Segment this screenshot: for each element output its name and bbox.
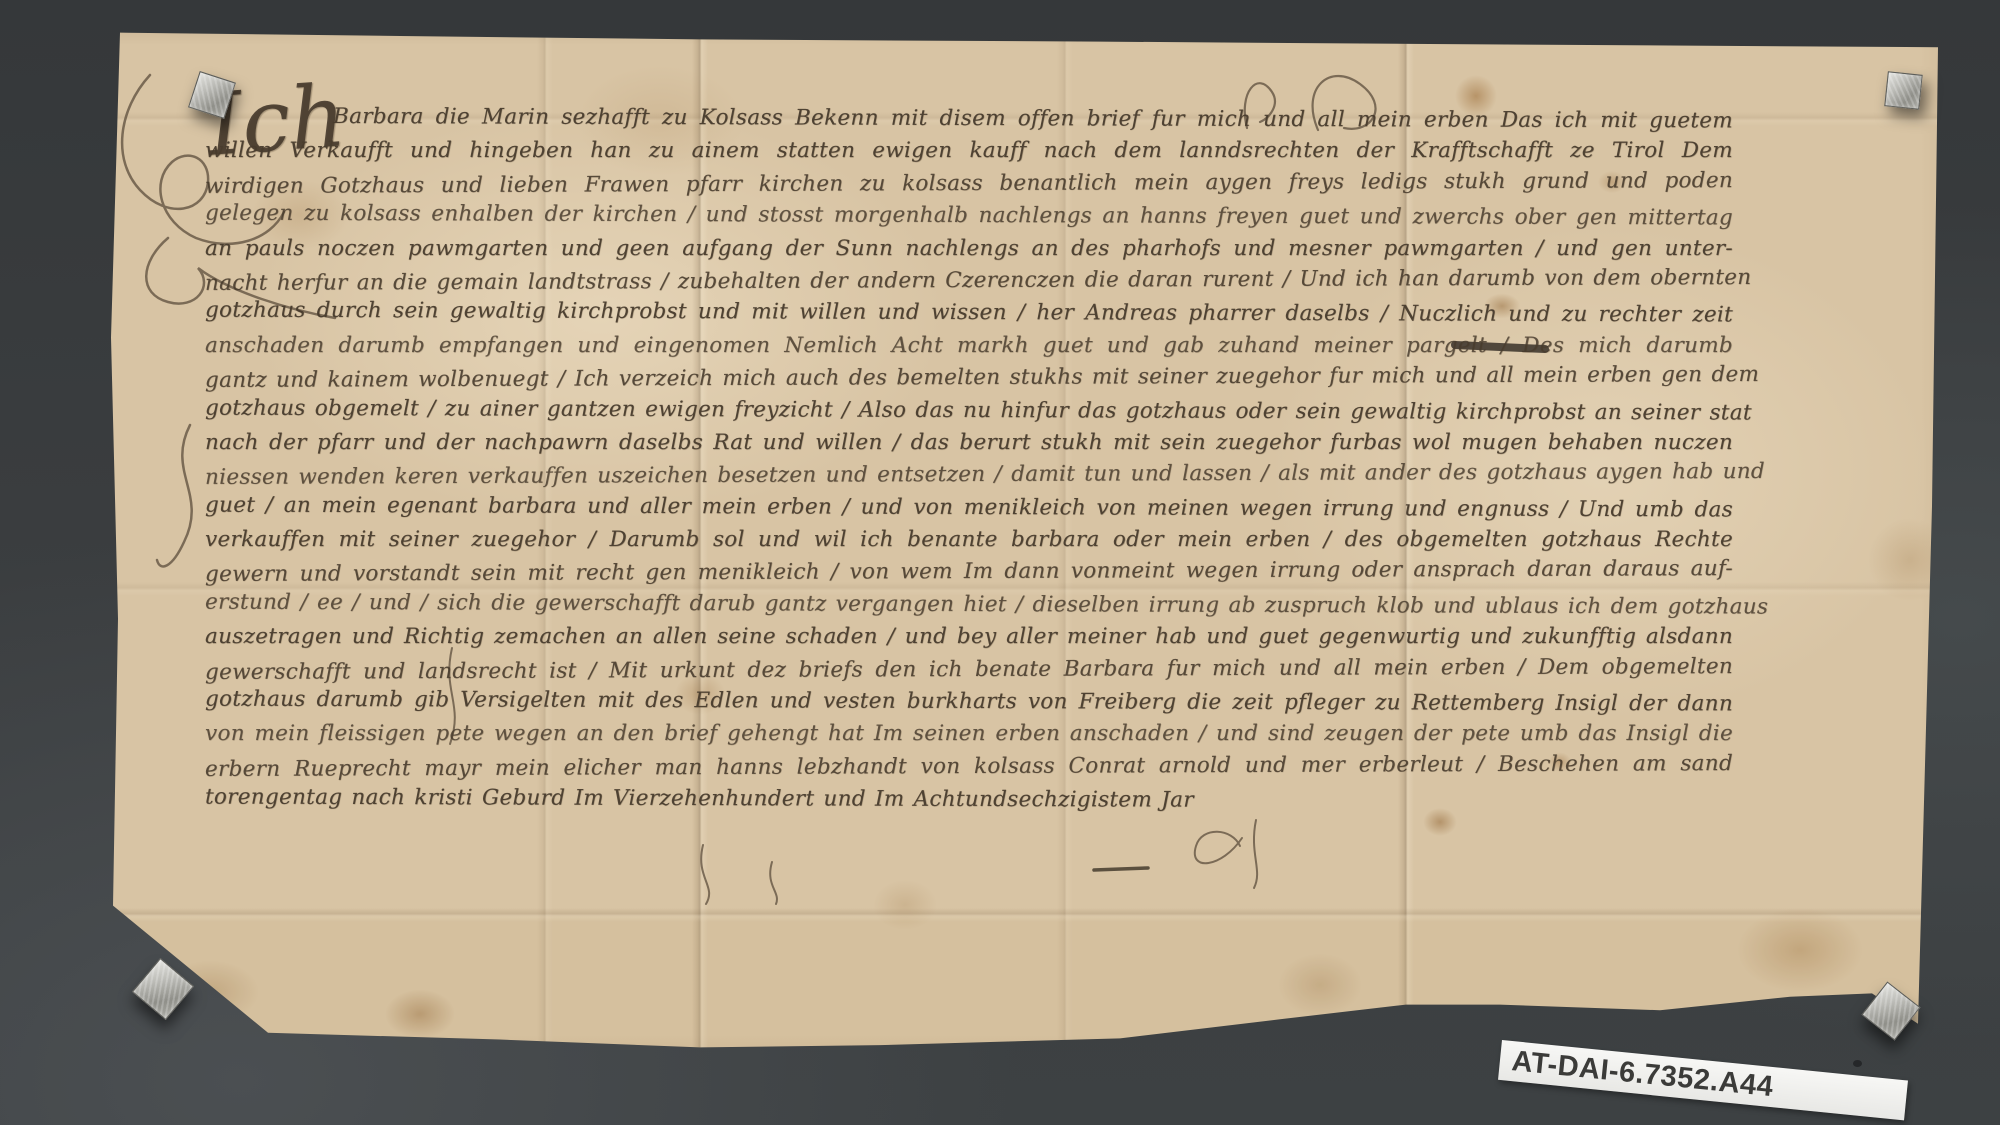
metal-clip-top-right-icon bbox=[1884, 71, 1922, 109]
manuscript-line: gotzhaus durch sein gewaltig kirchprobst… bbox=[205, 298, 1733, 335]
manuscript-line: gewern und vorstandt sein mit recht gen … bbox=[205, 557, 1733, 595]
manuscript-line: erstund / ee / und / sich die gewerschaf… bbox=[205, 589, 1733, 626]
manuscript-line: gelegen zu kolsass enhalben der kirchen … bbox=[205, 201, 1733, 238]
shelfmark-label: AT-DAI-6.7352.A44 bbox=[1498, 1040, 1908, 1120]
shelfmark-text: AT-DAI-6.7352.A44 bbox=[1510, 1045, 1775, 1104]
manuscript-line: verkauffen mit seiner zuegehor / Darumb … bbox=[205, 527, 1733, 559]
photo-background: Ich Barbara die Marin sezhafft zu Kolsas… bbox=[0, 0, 2000, 1125]
manuscript-line: torengentag nach kristi Geburd Im Vierze… bbox=[205, 785, 1152, 820]
manuscript-line: niessen wenden keren verkauffen uszeiche… bbox=[205, 459, 1733, 497]
manuscript-line: Barbara die Marin sezhafft zu Kolsass Be… bbox=[205, 104, 1733, 141]
bottom-fold-panel bbox=[0, 916, 2000, 1050]
background-speck bbox=[1853, 1060, 1862, 1067]
manuscript-line: erbern Rueprecht mayr mein elicher man h… bbox=[205, 751, 1733, 789]
manuscript-line: nach der pfarr und der nachpawrn daselbs… bbox=[205, 430, 1733, 462]
manuscript-line: willen Verkaufft und hingeben han zu ain… bbox=[205, 138, 1733, 170]
manuscript-line: von mein fleissigen pete wegen an den br… bbox=[205, 721, 1733, 753]
manuscript-line: an pauls noczen pawmgarten und geen aufg… bbox=[205, 236, 1733, 268]
metal-clip-bottom-left-icon bbox=[132, 958, 194, 1020]
manuscript-line: gewerschafft und landsrecht ist / Mit ur… bbox=[205, 654, 1733, 692]
manuscript-line: gantz und kainem wolbenuegt / Ich verzei… bbox=[205, 362, 1733, 400]
manuscript-line: gotzhaus obgemelt / zu ainer gantzen ewi… bbox=[205, 395, 1733, 432]
manuscript-text-block: Barbara die Marin sezhafft zu Kolsass Be… bbox=[205, 106, 1733, 819]
manuscript-line: gotzhaus darumb gib Versigelten mit des … bbox=[205, 687, 1733, 724]
manuscript-line: auszetragen und Richtig zemachen an alle… bbox=[205, 624, 1733, 656]
manuscript-line: anschaden darumb empfangen und eingenome… bbox=[205, 333, 1733, 365]
manuscript-line: guet / an mein egenant barbara und aller… bbox=[205, 492, 1733, 529]
